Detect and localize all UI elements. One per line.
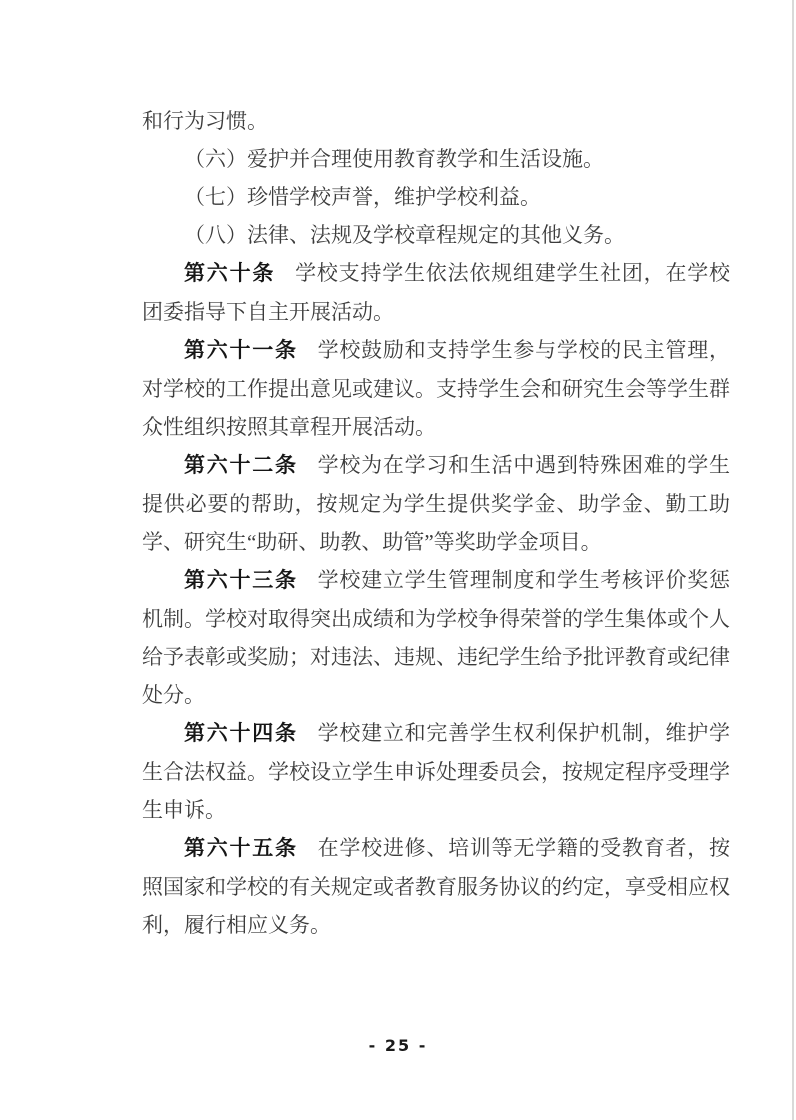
paragraph: 第六十四条学校建立和完善学生权利保护机制，维护学生合法权益。学校设立学生申诉处理… bbox=[142, 714, 730, 829]
article-number: 第六十一条 bbox=[184, 339, 298, 362]
article-number: 第六十条 bbox=[184, 262, 275, 285]
paragraph: 第六十一条学校鼓励和支持学生参与学校的民主管理，对学校的工作提出意见或建议。支持… bbox=[142, 331, 730, 446]
article-number: 第六十四条 bbox=[184, 722, 298, 745]
page-number: - 25 - bbox=[369, 1036, 428, 1055]
paragraph: 第六十条学校支持学生依法依规组建学生社团，在学校团委指导下自主开展活动。 bbox=[142, 254, 730, 331]
paragraph-text: （七）珍惜学校声誉，维护学校利益。 bbox=[184, 185, 541, 209]
paragraph: （八）法律、法规及学校章程规定的其他义务。 bbox=[142, 216, 730, 254]
paragraph: 第六十三条学校建立学生管理制度和学生考核评价奖惩机制。学校对取得突出成绩和为学校… bbox=[142, 561, 730, 714]
document-page: 和行为习惯。 （六）爱护并合理使用教育教学和生活设施。 （七）珍惜学校声誉，维护… bbox=[0, 0, 796, 1120]
paragraph: 第六十二条学校为在学习和生活中遇到特殊困难的学生提供必要的帮助，按规定为学生提供… bbox=[142, 446, 730, 561]
page-footer: - 25 - bbox=[0, 1036, 796, 1056]
paragraph: 和行为习惯。 bbox=[142, 102, 730, 140]
paragraph-text: 和行为习惯。 bbox=[142, 109, 268, 133]
paragraph: （六）爱护并合理使用教育教学和生活设施。 bbox=[142, 140, 730, 178]
article-number: 第六十五条 bbox=[184, 837, 298, 860]
paragraph-text: （八）法律、法规及学校章程规定的其他义务。 bbox=[184, 223, 625, 247]
scan-edge bbox=[792, 0, 794, 1120]
article-number: 第六十三条 bbox=[184, 569, 298, 592]
paragraph: 第六十五条在学校进修、培训等无学籍的受教育者，按照国家和学校的有关规定或者教育服… bbox=[142, 829, 730, 944]
page-body: 和行为习惯。 （六）爱护并合理使用教育教学和生活设施。 （七）珍惜学校声誉，维护… bbox=[142, 102, 730, 944]
paragraph: （七）珍惜学校声誉，维护学校利益。 bbox=[142, 178, 730, 216]
paragraph-text: （六）爱护并合理使用教育教学和生活设施。 bbox=[184, 147, 604, 171]
article-number: 第六十二条 bbox=[184, 454, 298, 477]
